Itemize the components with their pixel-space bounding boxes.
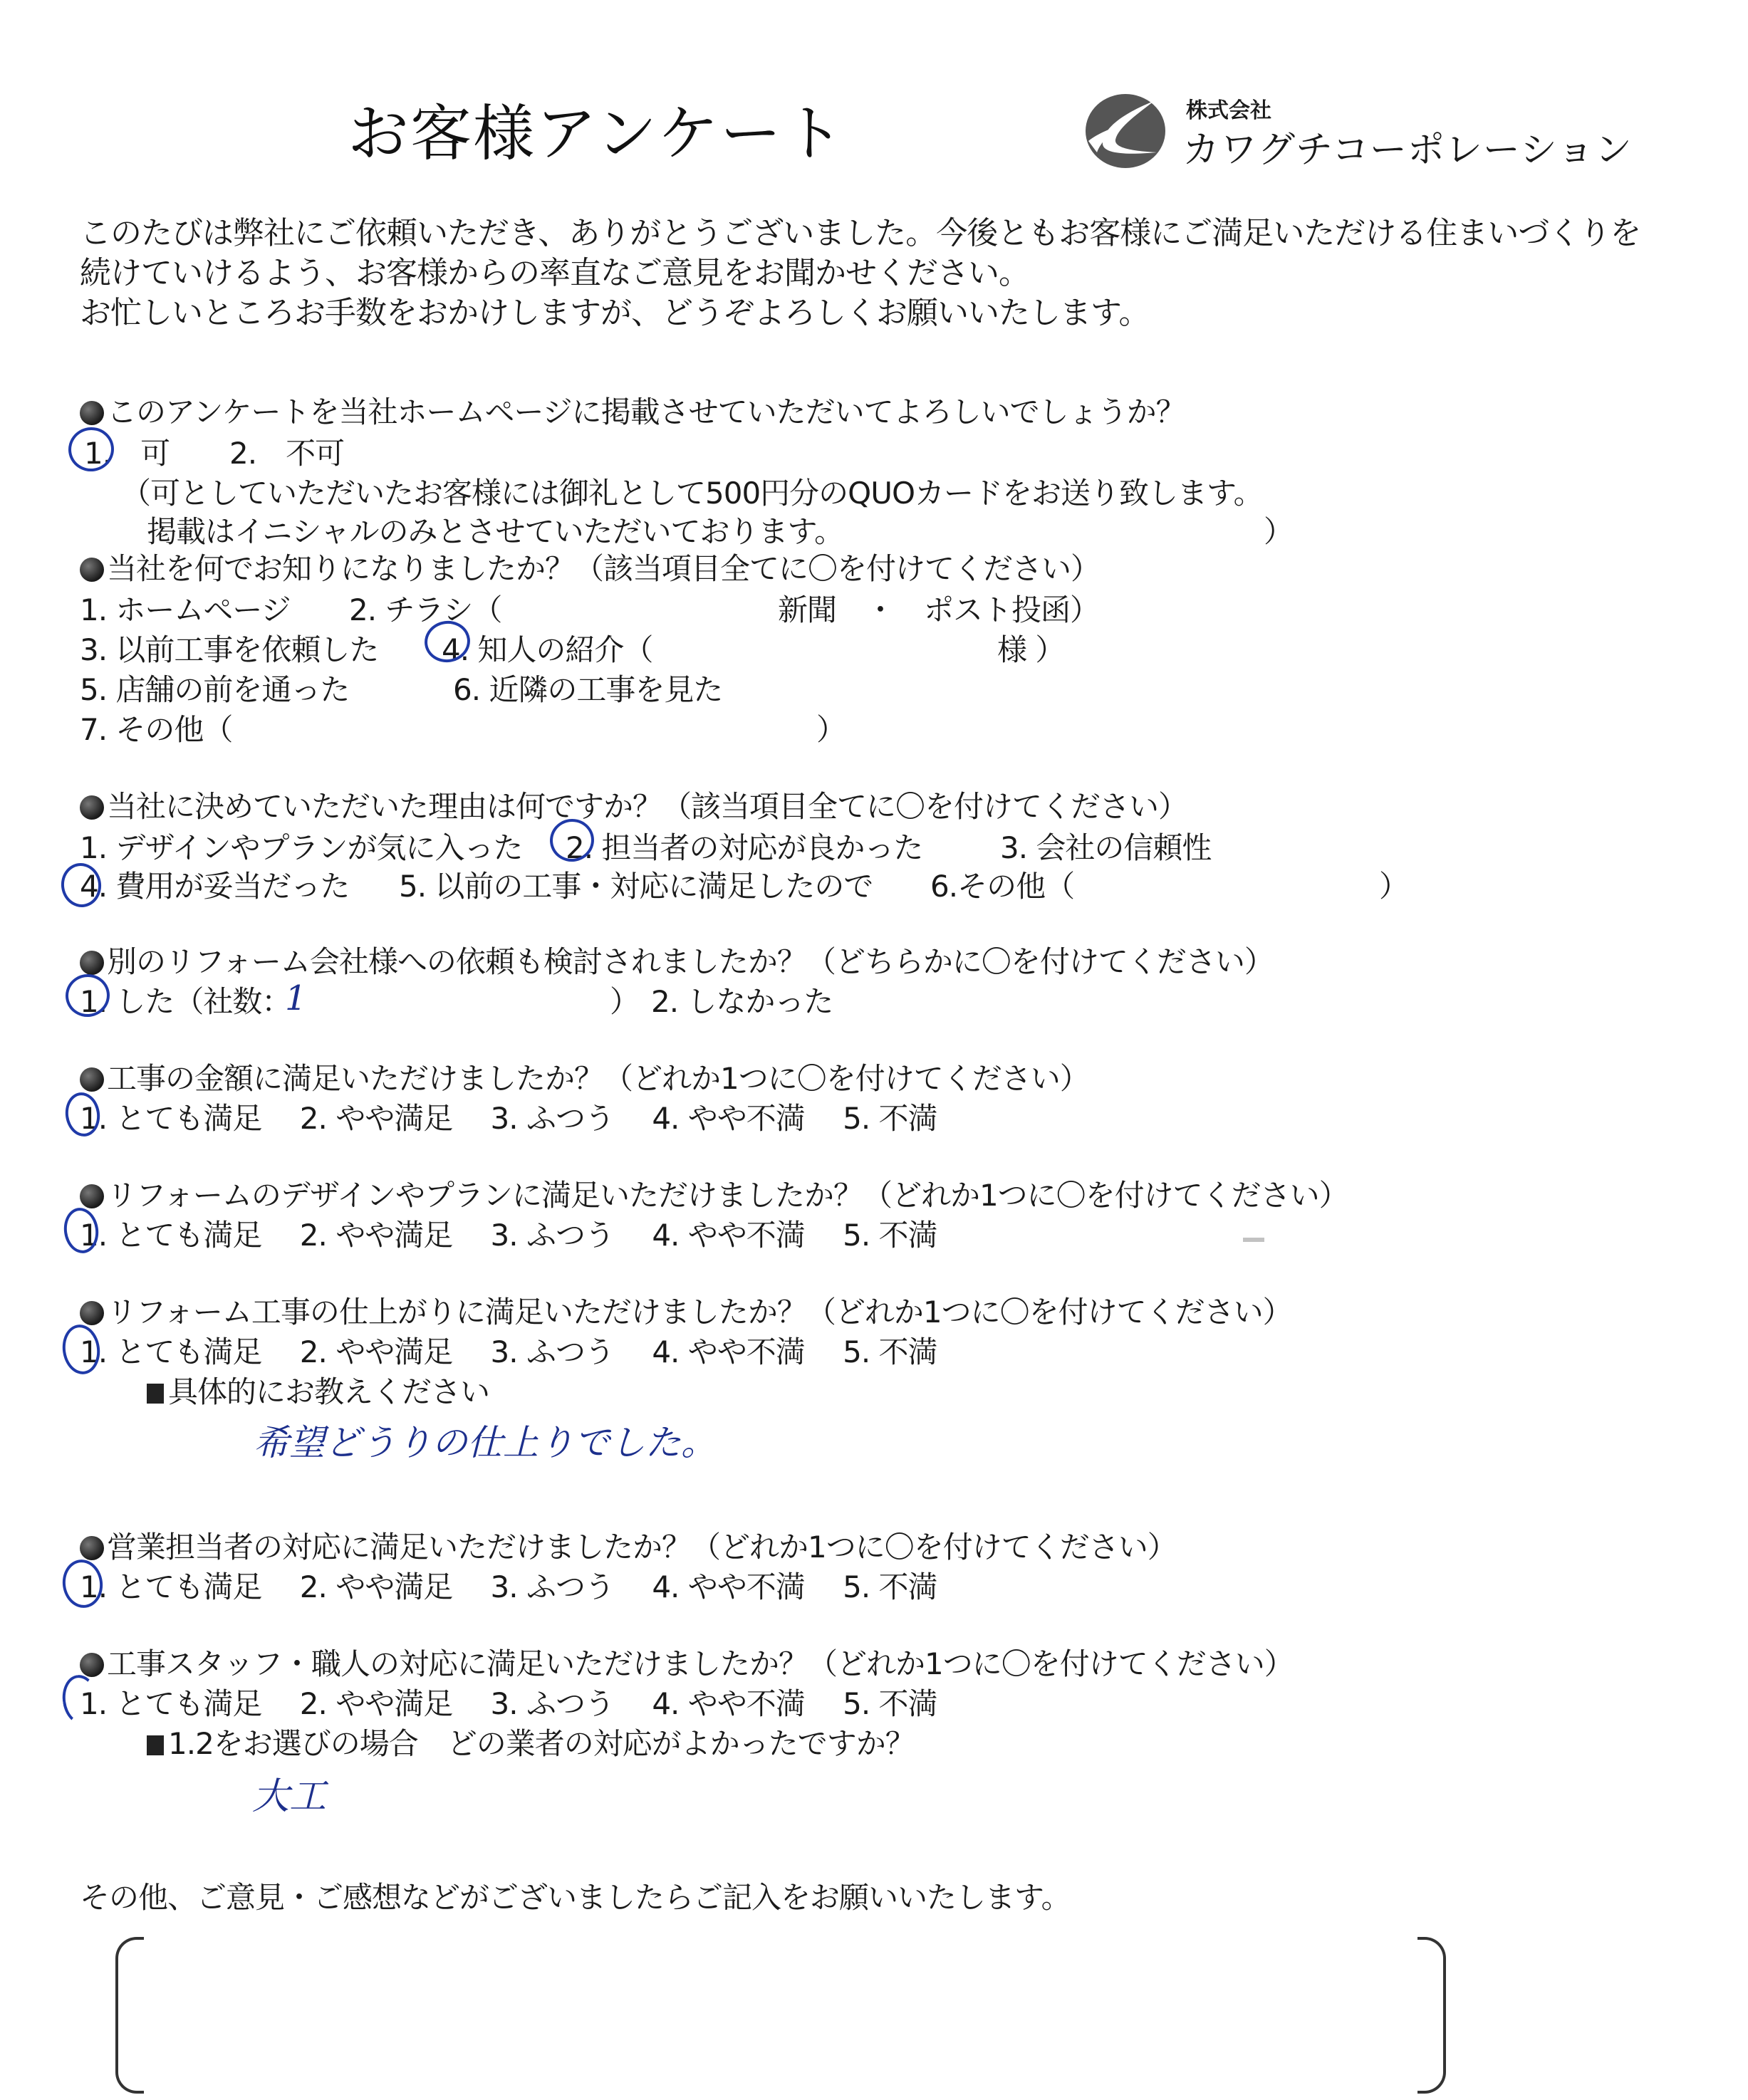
q2-option-other[interactable]: 7. その他（ bbox=[80, 706, 232, 749]
question-text: 営業担当者の対応に満足いただけましたか？（どれか1つに〇を付けてください） bbox=[107, 1530, 1177, 1564]
q2-option-store[interactable]: 5. 店舗の前を通った bbox=[80, 667, 349, 709]
bullet-icon bbox=[80, 795, 104, 820]
bullet-icon bbox=[80, 401, 104, 425]
q9-detail-label: 1.2をお選びの場合 どの業者の対応がよかったですか？ bbox=[147, 1720, 915, 1763]
question-7: リフォーム工事の仕上がりに満足いただけましたか？（どれか1つに〇を付けてください… bbox=[80, 1289, 1292, 1332]
bullet-icon bbox=[80, 1653, 104, 1677]
q4-option-no[interactable]: 2. しなかった bbox=[651, 978, 833, 1021]
q3-option-previous-satisfaction[interactable]: 5. 以前の工事・対応に満足したので bbox=[399, 863, 873, 906]
scan-artifact bbox=[1243, 1238, 1264, 1242]
q5-rating-scale[interactable]: 1. とても満足 2. やや満足 3. ふつう 4. やや不満 5. 不満 bbox=[80, 1095, 937, 1138]
question-text: 当社を何でお知りになりましたか？（該当項目全てに〇を付けてください） bbox=[107, 551, 1100, 586]
q1-option-no[interactable]: 2. 不可 bbox=[229, 430, 344, 473]
q3-option-cost[interactable]: 4. 費用が妥当だった bbox=[80, 863, 349, 906]
question-4: 別のリフォーム会社様への依頼も検討されましたか？（どちらかに〇を付けてください） bbox=[80, 939, 1274, 981]
bullet-icon bbox=[80, 558, 104, 582]
q3-option-staff[interactable]: 2. 担当者の対応が良かった bbox=[566, 825, 922, 867]
company-logo-icon bbox=[1083, 91, 1168, 171]
q2-other-close: ） bbox=[816, 706, 846, 749]
question-text: 工事スタッフ・職人の対応に満足いただけましたか？（どれか1つに〇を付けてください… bbox=[107, 1646, 1294, 1681]
q2-option-homepage[interactable]: 1. ホームページ bbox=[80, 587, 291, 630]
question-3: 当社に決めていただいた理由は何ですか？（該当項目全てに〇を付けてください） bbox=[80, 783, 1187, 826]
q3-option-trust[interactable]: 3. 会社の信頼性 bbox=[1000, 825, 1211, 867]
question-text: リフォームのデザインやプランに満足いただけましたか？（どれか1つに〇を付けてくだ… bbox=[107, 1178, 1348, 1213]
question-text: 当社に決めていただいた理由は何ですか？（該当項目全てに〇を付けてください） bbox=[107, 789, 1187, 824]
bullet-icon bbox=[80, 1536, 104, 1560]
company-name: カワグチコーポレーション bbox=[1182, 120, 1633, 173]
comments-prompt: その他、ご意見・ご感想などがございましたらご記入をお願いいたします。 bbox=[80, 1874, 1071, 1917]
handwritten-company-count: 1 bbox=[285, 978, 307, 1018]
question-text: 工事の金額に満足いただけましたか？（どれか1つに〇を付けてください） bbox=[107, 1061, 1089, 1096]
q7-detail-label: 具体的にお教えください bbox=[147, 1369, 489, 1411]
q4-yes-close: ） bbox=[610, 978, 639, 1021]
q8-rating-scale[interactable]: 1. とても満足 2. やや満足 3. ふつう 4. やや不満 5. 不満 bbox=[80, 1564, 937, 1607]
intro-line-2: 続けていけるよう、お客様からの率直なご意見をお聞かせください。 bbox=[80, 255, 1029, 292]
handwritten-detail-answer: 希望どうりの仕上りでした。 bbox=[254, 1414, 717, 1466]
bullet-icon bbox=[80, 1067, 104, 1092]
question-8: 営業担当者の対応に満足いただけましたか？（どれか1つに〇を付けてください） bbox=[80, 1524, 1177, 1567]
comments-field[interactable] bbox=[150, 1944, 1410, 2086]
intro-line-1: このたびは弊社にご依頼いただき、ありがとうございました。今後ともお客様にご満足い… bbox=[80, 215, 1640, 252]
comment-box-right-bracket bbox=[1417, 1937, 1446, 2094]
question-1: このアンケートを当社ホームページに掲載させていただいてよろしいでしょうか？ bbox=[80, 389, 1185, 432]
q2-option-previous-work[interactable]: 3. 以前工事を依頼した bbox=[80, 627, 378, 669]
handwritten-contractor-answer: 大工 bbox=[252, 1766, 326, 1819]
bullet-icon bbox=[80, 951, 104, 975]
question-text: 別のリフォーム会社様への依頼も検討されましたか？（どちらかに〇を付けてください） bbox=[107, 944, 1274, 979]
q2-option-flyer[interactable]: 2. チラシ（ bbox=[349, 587, 501, 630]
bullet-icon bbox=[80, 1184, 104, 1208]
bullet-icon bbox=[80, 1301, 104, 1325]
comment-box-left-bracket bbox=[115, 1937, 144, 2094]
question-2: 当社を何でお知りになりましたか？（該当項目全てに〇を付けてください） bbox=[80, 545, 1100, 588]
question-9: 工事スタッフ・職人の対応に満足いただけましたか？（どれか1つに〇を付けてください… bbox=[80, 1641, 1294, 1683]
q3-option-other[interactable]: 6.その他（ bbox=[930, 863, 1074, 906]
square-bullet-icon bbox=[147, 1384, 164, 1404]
q3-other-close: ） bbox=[1379, 863, 1408, 906]
q9-rating-scale[interactable]: 1. とても満足 2. やや満足 3. ふつう 4. やや不満 5. 不満 bbox=[80, 1681, 937, 1723]
q3-option-design[interactable]: 1. デザインやプランが気に入った bbox=[80, 825, 522, 867]
q1-note-line-2: 掲載はイニシャルのみとさせていただいております。 bbox=[147, 508, 843, 551]
q2-option-flyer-detail: 新聞 ・ ポスト投函） bbox=[778, 587, 1099, 630]
q2-option-referral[interactable]: 4. 知人の紹介（ bbox=[442, 627, 652, 669]
question-5: 工事の金額に満足いただけましたか？（どれか1つに〇を付けてください） bbox=[80, 1055, 1089, 1098]
q7-rating-scale[interactable]: 1. とても満足 2. やや満足 3. ふつう 4. やや不満 5. 不満 bbox=[80, 1329, 937, 1372]
q2-referral-suffix: 様 ） bbox=[997, 627, 1064, 669]
intro-line-3: お忙しいところお手数をおかけしますが、どうぞよろしくお願いいたします。 bbox=[80, 295, 1149, 332]
question-text: リフォーム工事の仕上がりに満足いただけましたか？（どれか1つに〇を付けてください… bbox=[107, 1295, 1292, 1330]
question-text: このアンケートを当社ホームページに掲載させていただいてよろしいでしょうか？ bbox=[107, 395, 1185, 429]
square-bullet-icon bbox=[147, 1735, 164, 1755]
q1-note-close: ） bbox=[1264, 508, 1293, 551]
q1-note-line-1: （可としていただいたお客様には御礼として500円分のQUOカードをお送り致します… bbox=[121, 470, 1263, 513]
page-title: お客様アンケート bbox=[348, 84, 846, 172]
question-6: リフォームのデザインやプランに満足いただけましたか？（どれか1つに〇を付けてくだ… bbox=[80, 1172, 1348, 1215]
q4-option-yes[interactable]: 1. した（社数： bbox=[80, 978, 291, 1021]
q6-rating-scale[interactable]: 1. とても満足 2. やや満足 3. ふつう 4. やや不満 5. 不満 bbox=[80, 1212, 937, 1255]
q2-option-nearby-work[interactable]: 6. 近隣の工事を見た bbox=[453, 667, 722, 709]
